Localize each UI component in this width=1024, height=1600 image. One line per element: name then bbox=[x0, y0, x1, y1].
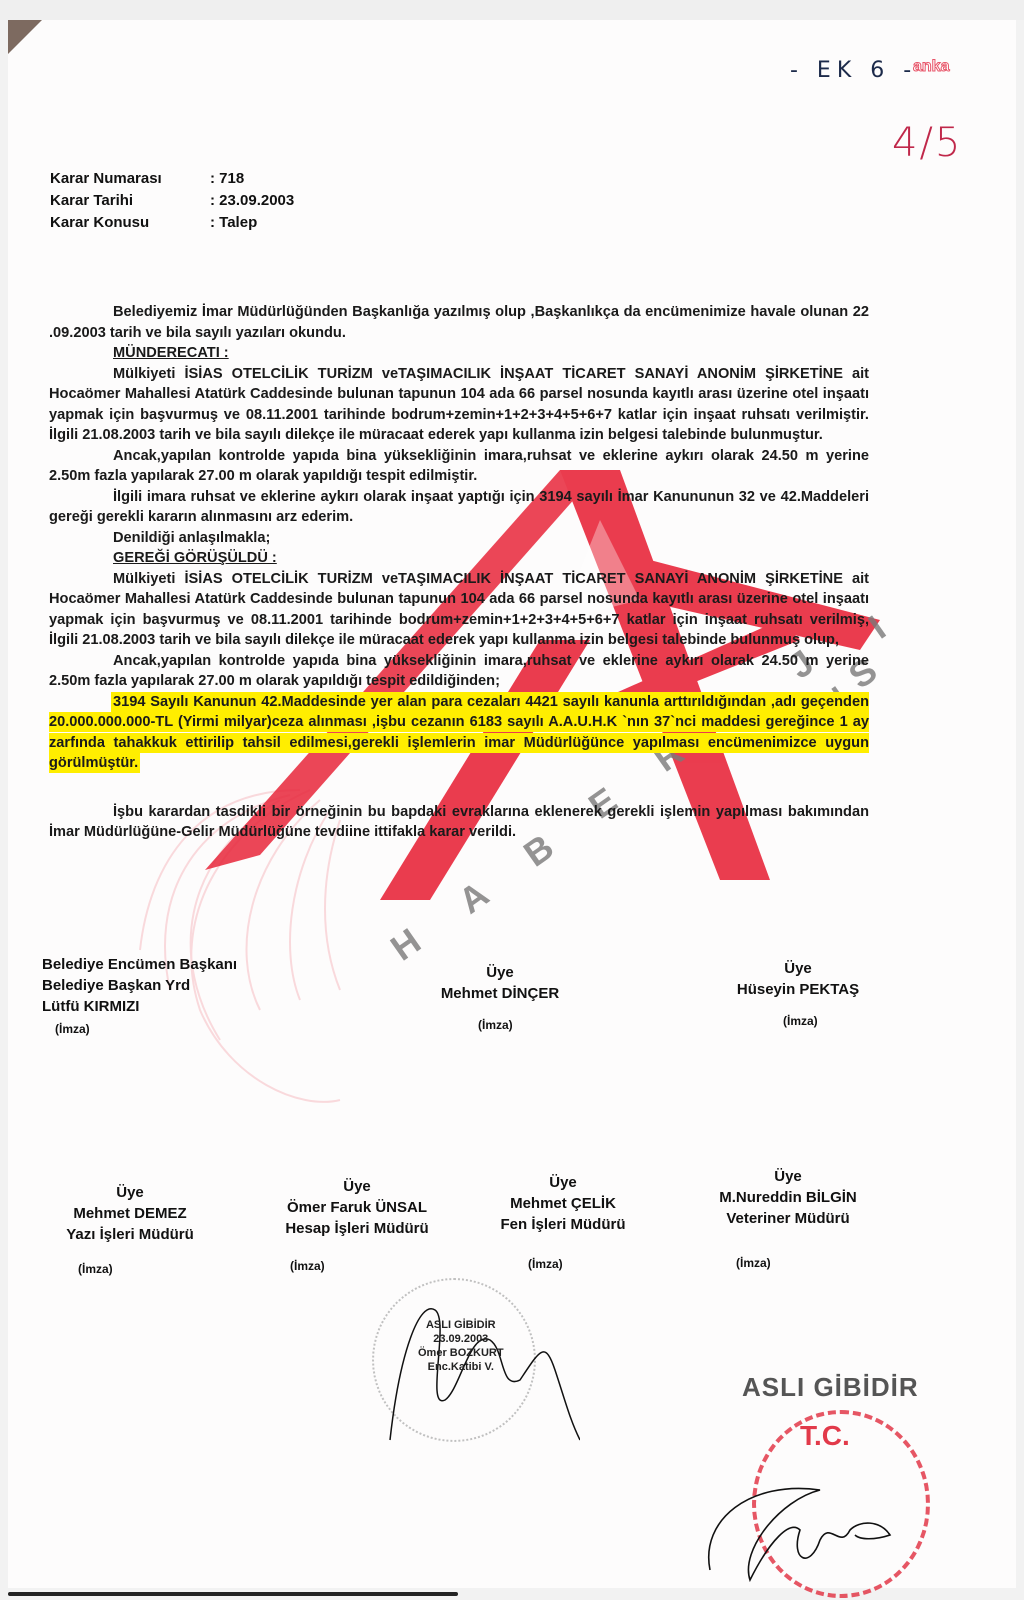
meta-value: : Talep bbox=[210, 212, 257, 234]
signature-member: Üye Ömer Faruk ÜNSAL Hesap İşleri Müdürü bbox=[262, 1176, 452, 1239]
sig-title: Üye bbox=[40, 1182, 220, 1203]
meta-value: : 23.09.2003 bbox=[210, 190, 294, 212]
sig-imza: (İmza) bbox=[783, 1014, 818, 1028]
paragraph: Ancak,yapılan kontrolde yapıda bina yüks… bbox=[49, 651, 869, 692]
paragraph: Denildiği anlaşılmakla; bbox=[113, 528, 869, 549]
seal-text: T.C. bbox=[800, 1420, 850, 1452]
certified-copy-stamp: ASLI GİBİDİR 23.09.2003 Ömer BOZKURT Enc… bbox=[418, 1318, 504, 1374]
sig-name: M.Nureddin BİLGİN bbox=[688, 1187, 888, 1208]
paragraph: Mülkiyeti İSİAS OTELCİLİK TURİZM veTAŞIM… bbox=[49, 569, 869, 651]
sig-role: Veteriner Müdürü bbox=[688, 1208, 888, 1229]
decision-meta: Karar Numarası : 718 Karar Tarihi : 23.0… bbox=[50, 168, 294, 234]
asli-gibidir-stamp: ASLI GİBİDİR bbox=[742, 1372, 919, 1403]
stamp-date: 23.09.2003 bbox=[418, 1332, 504, 1346]
sig-imza: (İmza) bbox=[736, 1256, 771, 1270]
sig-imza: (İmza) bbox=[78, 1262, 113, 1276]
signature-chairman: Belediye Encümen Başkanı Belediye Başkan… bbox=[42, 954, 237, 1017]
sig-imza: (İmza) bbox=[55, 1022, 90, 1036]
sig-role: Fen İşleri Müdürü bbox=[478, 1214, 648, 1235]
handwritten-page-number: 4/5 bbox=[892, 120, 962, 166]
sig-title: Üye bbox=[420, 962, 580, 983]
meta-label: Karar Tarihi bbox=[50, 190, 210, 212]
signature-member: Üye M.Nureddin BİLGİN Veteriner Müdürü bbox=[688, 1166, 888, 1229]
meta-value: : 718 bbox=[210, 168, 244, 190]
meta-label: Karar Konusu bbox=[50, 212, 210, 234]
meta-row-subject: Karar Konusu : Talep bbox=[50, 212, 294, 234]
highlighted-paragraph: 3194 Sayılı Kanunun 42.Maddesinde yer al… bbox=[49, 692, 869, 774]
heading-geregi-gorusuldu: GEREĞİ GÖRÜŞÜLDÜ : bbox=[113, 548, 869, 569]
decision-body: Belediyemiz İmar Müdürlüğünden Başkanlığ… bbox=[49, 302, 869, 843]
viewer-top-bar bbox=[0, 0, 1024, 20]
sig-title: Üye bbox=[688, 1166, 888, 1187]
highlight: 3194 Sayılı Kanunun 42.Maddesinde yer al… bbox=[49, 694, 869, 772]
sig-name: Ömer Faruk ÜNSAL bbox=[262, 1197, 452, 1218]
sig-name: Mehmet DEMEZ bbox=[40, 1203, 220, 1224]
sig-title: Üye bbox=[478, 1172, 648, 1193]
sig-name: Mehmet ÇELİK bbox=[478, 1193, 648, 1214]
page-corner-fold bbox=[8, 20, 42, 54]
sig-name: Lütfü KIRMIZI bbox=[42, 996, 237, 1017]
stamp-role: Enc.Katibi V. bbox=[418, 1360, 504, 1374]
signature-member: Üye Mehmet DEMEZ Yazı İşleri Müdürü bbox=[40, 1182, 220, 1245]
paragraph: Mülkiyeti İSİAS OTELCİLİK TURİZM veTAŞIM… bbox=[49, 364, 869, 446]
meta-row-number: Karar Numarası : 718 bbox=[50, 168, 294, 190]
sig-name: Mehmet DİNÇER bbox=[420, 983, 580, 1004]
closing-paragraph: İşbu karardan tasdikli bir örneğinin bu … bbox=[49, 802, 869, 843]
sig-role: Yazı İşleri Müdürü bbox=[40, 1224, 220, 1245]
sig-title: Üye bbox=[718, 958, 878, 979]
stamp-text: ASLI GİBİDİR bbox=[418, 1318, 504, 1332]
signature-member: Üye Mehmet DİNÇER bbox=[420, 962, 580, 1004]
meta-label: Karar Numarası bbox=[50, 168, 210, 190]
sig-title: Belediye Başkan Yrd bbox=[42, 975, 237, 996]
scan-edge-line bbox=[8, 1592, 458, 1596]
sig-role: Hesap İşleri Müdürü bbox=[262, 1218, 452, 1239]
sig-name: Hüseyin PEKTAŞ bbox=[718, 979, 878, 1000]
signature-member: Üye Mehmet ÇELİK Fen İşleri Müdürü bbox=[478, 1172, 648, 1235]
paragraph: İlgili imara ruhsat ve eklerine aykırı o… bbox=[49, 487, 869, 528]
handwritten-annex-note: - EK 6 - bbox=[790, 58, 917, 83]
signature-member: Üye Hüseyin PEKTAŞ bbox=[718, 958, 878, 1000]
stamp-name: Ömer BOZKURT bbox=[418, 1346, 504, 1360]
meta-row-date: Karar Tarihi : 23.09.2003 bbox=[50, 190, 294, 212]
intro-paragraph: Belediyemiz İmar Müdürlüğünden Başkanlığ… bbox=[49, 302, 869, 343]
sig-imza: (İmza) bbox=[290, 1259, 325, 1273]
sig-title: Üye bbox=[262, 1176, 452, 1197]
sig-title: Belediye Encümen Başkanı bbox=[42, 954, 237, 975]
anka-logo: anka bbox=[913, 58, 949, 76]
paragraph: Ancak,yapılan kontrolde yapıda bina yüks… bbox=[49, 446, 869, 487]
certification-signature bbox=[690, 1460, 920, 1590]
sig-imza: (İmza) bbox=[478, 1018, 513, 1032]
heading-munderecat: MÜNDERECATI : bbox=[113, 343, 869, 364]
sig-imza: (İmza) bbox=[528, 1257, 563, 1271]
